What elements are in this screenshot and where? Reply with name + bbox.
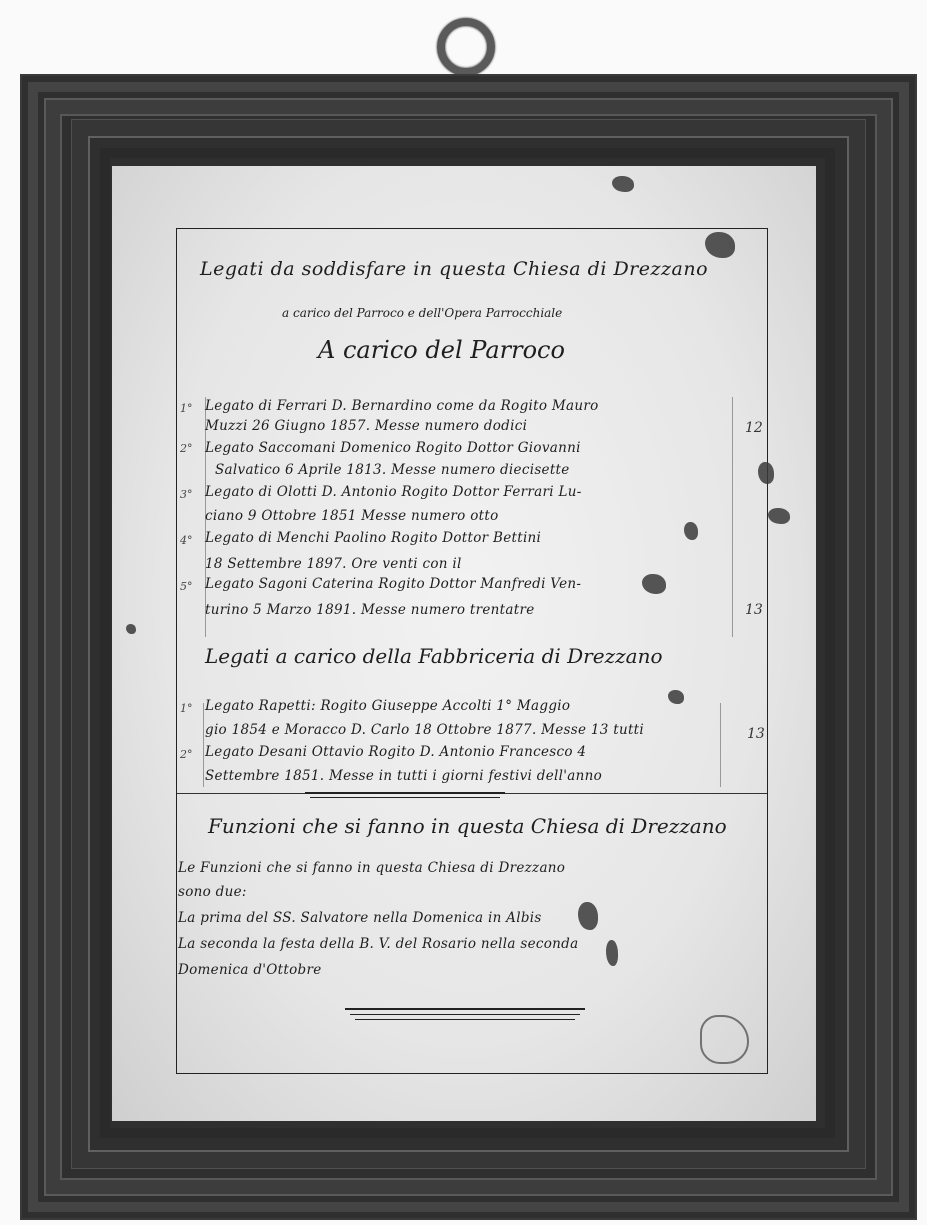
entry-line: Legato di Olotti D. Antonio Rogito Dotto…: [205, 484, 582, 500]
section-heading: A carico del Parroco: [318, 336, 565, 364]
stain: [768, 508, 790, 524]
entry-number: 5°: [180, 580, 193, 593]
stain: [606, 940, 618, 966]
paragraph-line: La seconda la festa della B. V. del Rosa…: [178, 936, 578, 952]
margin-count: 12: [745, 420, 763, 436]
document-subtitle: a carico del Parroco e dell'Opera Parroc…: [282, 306, 562, 320]
document-title: Legati da soddisfare in questa Chiesa di…: [200, 258, 708, 280]
entry-line: Settembre 1851. Messe in tutti i giorni …: [205, 768, 602, 784]
entry-line: turino 5 Marzo 1891. Messe numero trenta…: [205, 602, 534, 618]
paragraph-line: Domenica d'Ottobre: [178, 962, 322, 978]
entry-line: Legato di Ferrari D. Bernardino come da …: [205, 398, 599, 414]
margin-count: 13: [745, 602, 763, 618]
entry-number: 2°: [180, 442, 193, 455]
decorative-rule: [310, 797, 500, 798]
stain: [668, 690, 684, 704]
entry-line: Muzzi 26 Giugno 1857. Messe numero dodic…: [205, 418, 527, 434]
decorative-rule: [355, 1019, 575, 1020]
entry-line: Legato di Menchi Paolino Rogito Dottor B…: [205, 530, 541, 546]
entry-line: 18 Settembre 1897. Ore venti con il: [205, 556, 462, 572]
entry-line: gio 1854 e Moracco D. Carlo 18 Ottobre 1…: [205, 722, 644, 738]
margin-bracket: [720, 703, 721, 787]
margin-count: 13: [747, 726, 765, 742]
entry-line: Legato Saccomani Domenico Rogito Dottor …: [205, 440, 581, 456]
entry-number: 1°: [180, 702, 193, 715]
section-heading: Funzioni che si fanno in questa Chiesa d…: [208, 814, 727, 838]
entry-line: Legato Desani Ottavio Rogito D. Antonio …: [205, 744, 586, 760]
paragraph-line: La prima del SS. Salvatore nella Domenic…: [178, 910, 542, 926]
decorative-rule: [350, 1014, 580, 1015]
entry-line: Legato Sagoni Caterina Rogito Dottor Man…: [205, 576, 581, 592]
stain: [578, 902, 598, 930]
stamp-mark: [700, 1015, 749, 1064]
decorative-rule: [345, 1008, 585, 1010]
margin-bracket: [203, 703, 204, 787]
entry-line: Salvatico 6 Aprile 1813. Messe numero di…: [215, 462, 570, 478]
entry-number: 1°: [180, 402, 193, 415]
stain: [612, 176, 634, 192]
stain: [126, 624, 136, 634]
entry-line: ciano 9 Ottobre 1851 Messe numero otto: [205, 508, 499, 524]
margin-bracket: [732, 397, 733, 637]
paragraph-line: sono due:: [178, 884, 247, 900]
section-heading: Legati a carico della Fabbriceria di Dre…: [205, 644, 663, 668]
entry-number: 4°: [180, 534, 193, 547]
stain: [758, 462, 774, 484]
paragraph-line: Le Funzioni che si fanno in questa Chies…: [178, 860, 565, 876]
entry-number: 3°: [180, 488, 193, 501]
entry-number: 2°: [180, 748, 193, 761]
hanging-ring: [437, 18, 495, 76]
stain: [684, 522, 698, 540]
stain: [642, 574, 666, 594]
entry-line: Legato Rapetti: Rogito Giuseppe Accolti …: [205, 698, 570, 714]
decorative-rule: [305, 792, 505, 794]
